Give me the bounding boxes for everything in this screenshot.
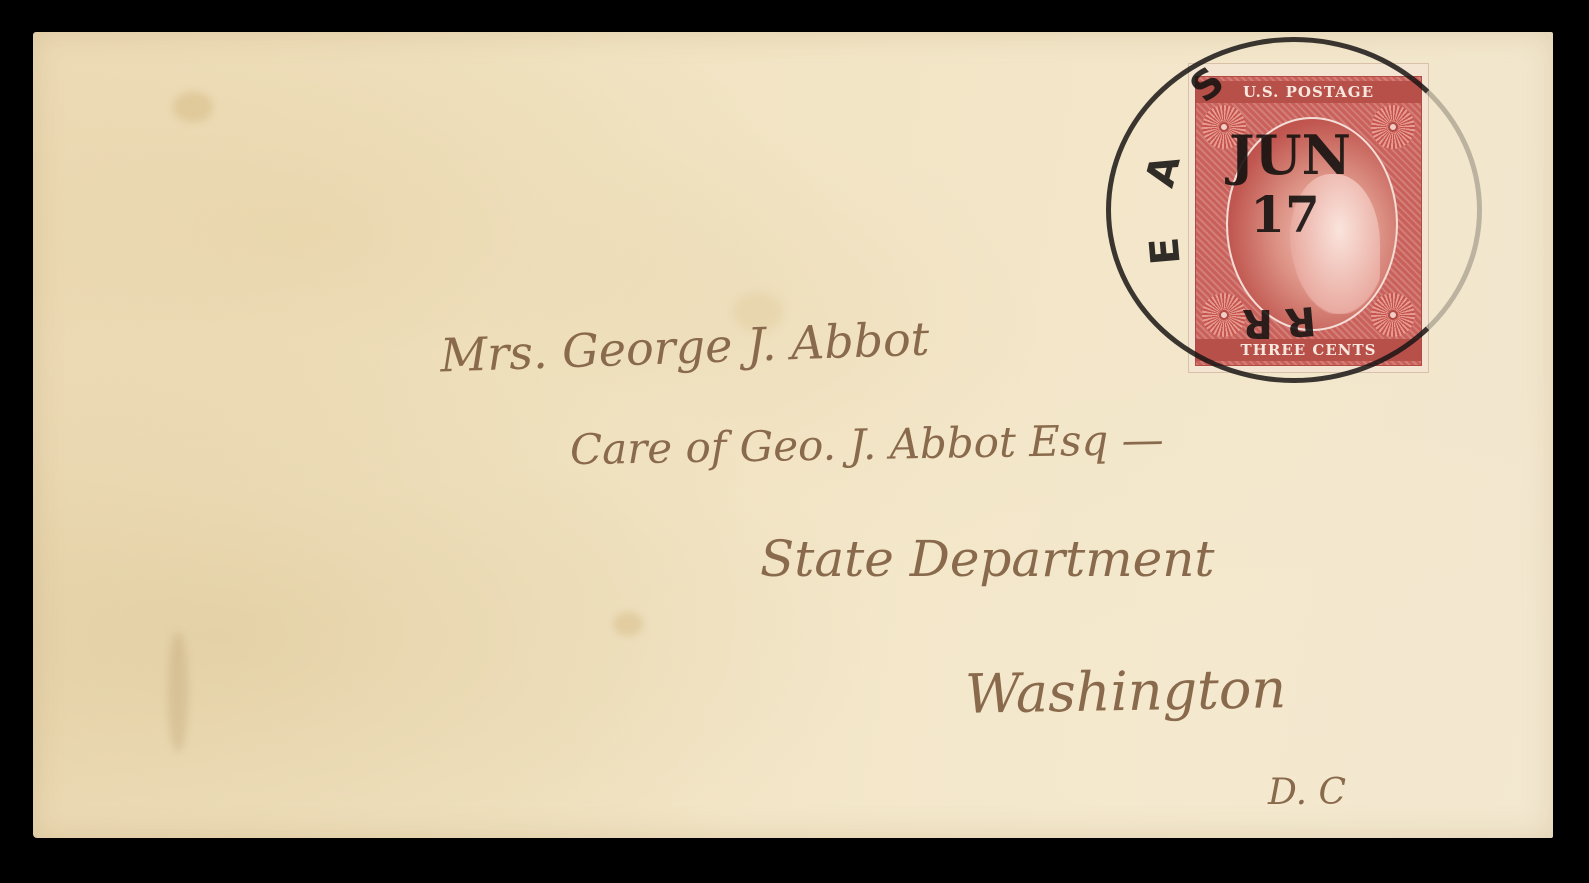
postmark-ring-letter: R: [1242, 300, 1273, 346]
stain: [168, 632, 188, 752]
address-line-district: D. C: [1268, 772, 1346, 813]
postmark-ring-letter: E: [1142, 235, 1190, 266]
stain: [173, 92, 213, 122]
postmark-day: 17: [1225, 190, 1345, 240]
address-line-department: State Department: [760, 530, 1215, 588]
stain: [613, 612, 643, 636]
address-line-city: Washington: [964, 657, 1286, 726]
address-line-care-of: Care of Geo. J. Abbot Esq —: [570, 415, 1164, 474]
postmark-ring-letter: R: [1283, 297, 1318, 346]
postmark-month: JUN: [1205, 128, 1375, 182]
